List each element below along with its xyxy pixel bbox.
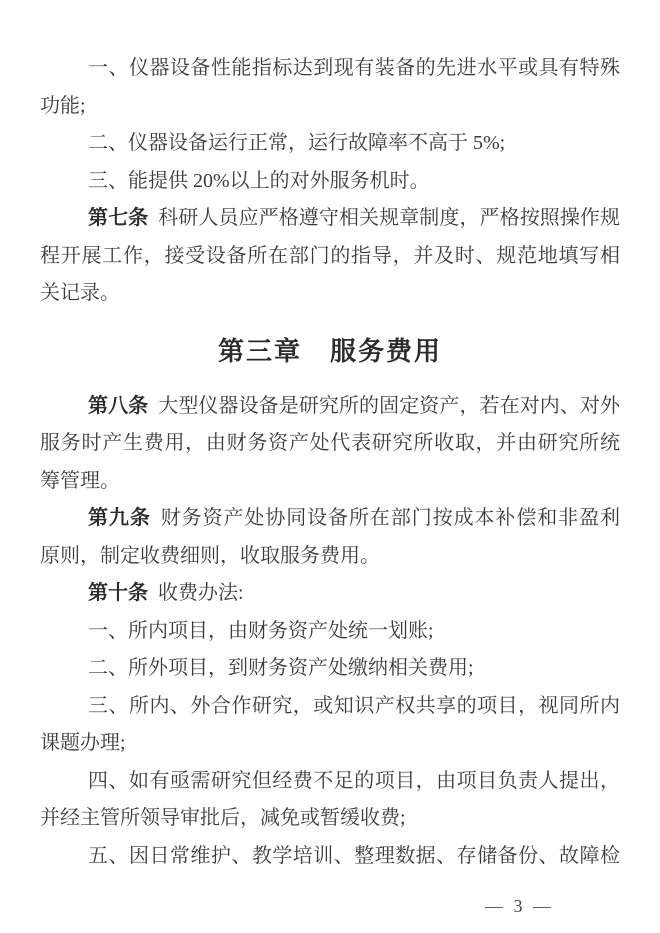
text-line: 筹管理。 — [40, 463, 620, 501]
text-line: 三、能提供 20%以上的对外服务机时。 — [40, 163, 620, 201]
article-text: 科研人员应严格遵守相关规章制度，严格按照操作规 — [158, 207, 620, 229]
text-line: 一、所内项目，由财务资产处统一划账; — [40, 613, 620, 651]
text-line: 三、所内、外合作研究，或知识产权共享的项目，视同所内 — [40, 688, 620, 726]
text-line: 程开展工作，接受设备所在部门的指导，并及时、规范地填写相 — [40, 238, 620, 276]
article-number-label: 第八条 — [88, 395, 148, 417]
document-body: 一、仪器设备性能指标达到现有装备的先进水平或具有特殊 功能; 二、仪器设备运行正… — [40, 50, 620, 875]
text-line: 五、因日常维护、教学培训、整理数据、存储备份、故障检 — [40, 838, 620, 876]
text-line: 第十条收费办法: — [40, 575, 620, 613]
article-text: 财务资产处协同设备所在部门按成本补偿和非盈利 — [161, 507, 620, 529]
document-page: 一、仪器设备性能指标达到现有装备的先进水平或具有特殊 功能; 二、仪器设备运行正… — [0, 0, 660, 933]
text-line: 二、仪器设备运行正常，运行故障率不高于 5%; — [40, 125, 620, 163]
text-line: 四、如有亟需研究但经费不足的项目，由项目负责人提出， — [40, 763, 620, 801]
text-line: 原则，制定收费细则，收取服务费用。 — [40, 538, 620, 576]
text-line: 服务时产生费用，由财务资产处代表研究所收取，并由研究所统 — [40, 425, 620, 463]
chapter-heading: 第三章 服务费用 — [40, 331, 620, 371]
article-text: 大型仪器设备是研究所的固定资产，若在对内、对外 — [158, 395, 620, 417]
article-number-label: 第十条 — [88, 582, 148, 604]
text-line: 一、仪器设备性能指标达到现有装备的先进水平或具有特殊 — [40, 50, 620, 88]
article-number-label: 第九条 — [88, 507, 151, 529]
text-line: 第九条财务资产处协同设备所在部门按成本补偿和非盈利 — [40, 500, 620, 538]
article-number-label: 第七条 — [88, 207, 148, 229]
page-number: — 3 — — [485, 895, 554, 917]
text-line: 功能; — [40, 88, 620, 126]
text-line: 并经主管所领导审批后，减免或暂缓收费; — [40, 800, 620, 838]
text-line: 第七条科研人员应严格遵守相关规章制度，严格按照操作规 — [40, 200, 620, 238]
text-line: 二、所外项目，到财务资产处缴纳相关费用; — [40, 650, 620, 688]
text-line: 关记录。 — [40, 275, 620, 313]
text-line: 课题办理; — [40, 725, 620, 763]
article-text: 收费办法: — [158, 582, 244, 604]
text-line: 第八条大型仪器设备是研究所的固定资产，若在对内、对外 — [40, 388, 620, 426]
